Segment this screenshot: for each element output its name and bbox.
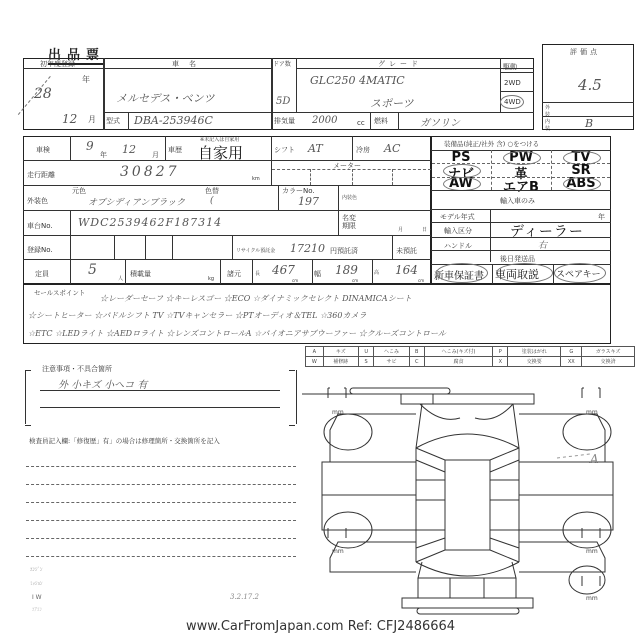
legend-value: へこみ(キズ付) — [424, 347, 493, 357]
score-label: 評価点 — [570, 47, 600, 57]
drive-4wd-circle — [500, 95, 524, 109]
legend-value: へこみ — [374, 347, 409, 357]
length-value: 467 — [272, 263, 295, 277]
grade-line2: スポーツ — [370, 95, 414, 111]
damage-mark: A — [590, 452, 599, 466]
fuel-value: ガソリン — [420, 114, 460, 129]
equipment-エアb: エアB — [491, 176, 551, 195]
drive-2wd: 2WD — [504, 79, 521, 87]
displacement-label: 排気量 — [274, 116, 295, 126]
mileage-value: 30827 — [120, 164, 180, 180]
history-value: 自家用 — [198, 142, 243, 163]
inspection-label: 車検 — [36, 145, 50, 155]
load-label: 積載量 — [130, 269, 151, 279]
legend-value: ガラスキズ — [582, 347, 635, 357]
notes-value: 外 小キズ 小ヘコ 有 — [58, 376, 147, 391]
damage-legend: AキズUへこみBへこみ(キズ付)P塗装はがれGガラスキズW補修跡SサビC腐食X交… — [305, 346, 635, 367]
car-name-label: 車名 — [172, 59, 206, 69]
inspection-year: 9 — [86, 139, 94, 153]
shift-value: AT — [308, 142, 323, 155]
import-header: 輸入車のみ — [500, 196, 535, 206]
legend-key: G — [561, 347, 582, 357]
chassis-label: 車台No. — [27, 221, 53, 231]
ac-label: 冷房 — [356, 145, 370, 155]
recycle-label: リサイクル預託金 — [236, 247, 275, 254]
recycle-value: 17210 — [290, 242, 325, 255]
chassis-value: WDC2539462F187314 — [78, 216, 222, 229]
legend-value: サビ — [374, 357, 409, 367]
inspection-month: 12 — [122, 143, 136, 156]
legend-key: U — [358, 347, 373, 357]
color-no-value: 197 — [298, 195, 319, 208]
legend-key: C — [409, 357, 424, 367]
grade-label: グレード — [378, 59, 422, 69]
legend-key: X — [493, 357, 508, 367]
doors-value: 5D — [276, 96, 290, 107]
capacity-value: 5 — [88, 262, 97, 278]
drive-label: 駆動 — [503, 62, 517, 72]
sales-point-line-1: ☆レーダーセーフ ☆キーレスゴー ☆ECO ☆ダイナミックセレクト DINAMI… — [100, 293, 412, 304]
sales-points-label: セールスポイント — [34, 288, 85, 297]
legend-key: A — [306, 347, 324, 357]
legend-key: B — [409, 347, 424, 357]
dims-label: 諸元 — [227, 269, 241, 279]
model-code-value: DBA-253946C — [134, 114, 213, 127]
footer-ref: www.CarFromJapan.com Ref: CFJ2486664 — [186, 619, 455, 634]
ac-value: AC — [384, 142, 400, 155]
name-change-label: 名変期限 — [342, 214, 358, 230]
inspector-label: 検査員記入欄:「修復歴」有」の場合は修理箇所・交換箇所を記入 — [29, 436, 220, 445]
color-value: オブシディアンブラック — [88, 195, 185, 208]
color-label: 外装色 — [27, 196, 48, 206]
equipment-header: 装備品(純正/社外 含) ○をつける — [444, 139, 539, 148]
legend-key: S — [358, 357, 373, 367]
sales-point-line-3: ☆ETC ☆LEDライト ☆AEDロライト ☆レンズコントロールA ☆パイオニア… — [28, 328, 446, 339]
legend-value: キズ — [323, 347, 358, 357]
mileage-label: 走行距離 — [27, 170, 55, 180]
car-name-value: メルセデス・ベンツ — [116, 90, 215, 106]
legend-value: 補修跡 — [323, 357, 358, 367]
history-label: 車歴 — [168, 145, 182, 155]
legend-key: W — [306, 357, 324, 367]
car-body-diagram — [300, 380, 640, 620]
height-value: 164 — [395, 263, 418, 277]
first-registration-label: 初年度登録 — [40, 59, 75, 69]
width-value: 189 — [335, 263, 358, 277]
shift-label: シフト — [274, 145, 295, 155]
grade-line1: GLC250 4MATIC — [310, 74, 405, 87]
unpaid-label: 未預託 — [396, 246, 417, 256]
legend-value: 交換済 — [582, 357, 635, 367]
doors-label: ドア数 — [273, 59, 291, 68]
score-value: 4.5 — [578, 76, 602, 94]
capacity-label: 定員 — [35, 269, 49, 279]
equipment-circle — [443, 177, 481, 191]
legend-key: P — [493, 347, 508, 357]
import-type-label: 輸入区分 — [444, 226, 472, 236]
registration-label: 登録No. — [27, 245, 53, 255]
sales-point-line-2: ☆シートヒーター ☆パドルシフト TV ☆TVキャンセラー ☆PTオーディオ＆T… — [28, 310, 366, 321]
recycle-status: 円預託済 — [330, 246, 358, 256]
interior-score: B — [585, 117, 593, 130]
displacement-value: 2000 — [312, 115, 337, 126]
fuel-label: 燃料 — [374, 116, 388, 126]
first-registration-month: 12 — [62, 112, 77, 126]
model-year-label: モデル年式 — [440, 212, 475, 222]
legend-value: 塗装はがれ — [508, 347, 561, 357]
interior-color-label: 内装色 — [342, 194, 357, 201]
inspection-date: 3.2.17.2 — [230, 593, 259, 601]
legend-value: 交換要 — [508, 357, 561, 367]
model-code-label: 型式 — [106, 116, 120, 126]
legend-key: XX — [561, 357, 582, 367]
legend-value: 腐食 — [424, 357, 493, 367]
equipment-circle — [563, 177, 601, 191]
